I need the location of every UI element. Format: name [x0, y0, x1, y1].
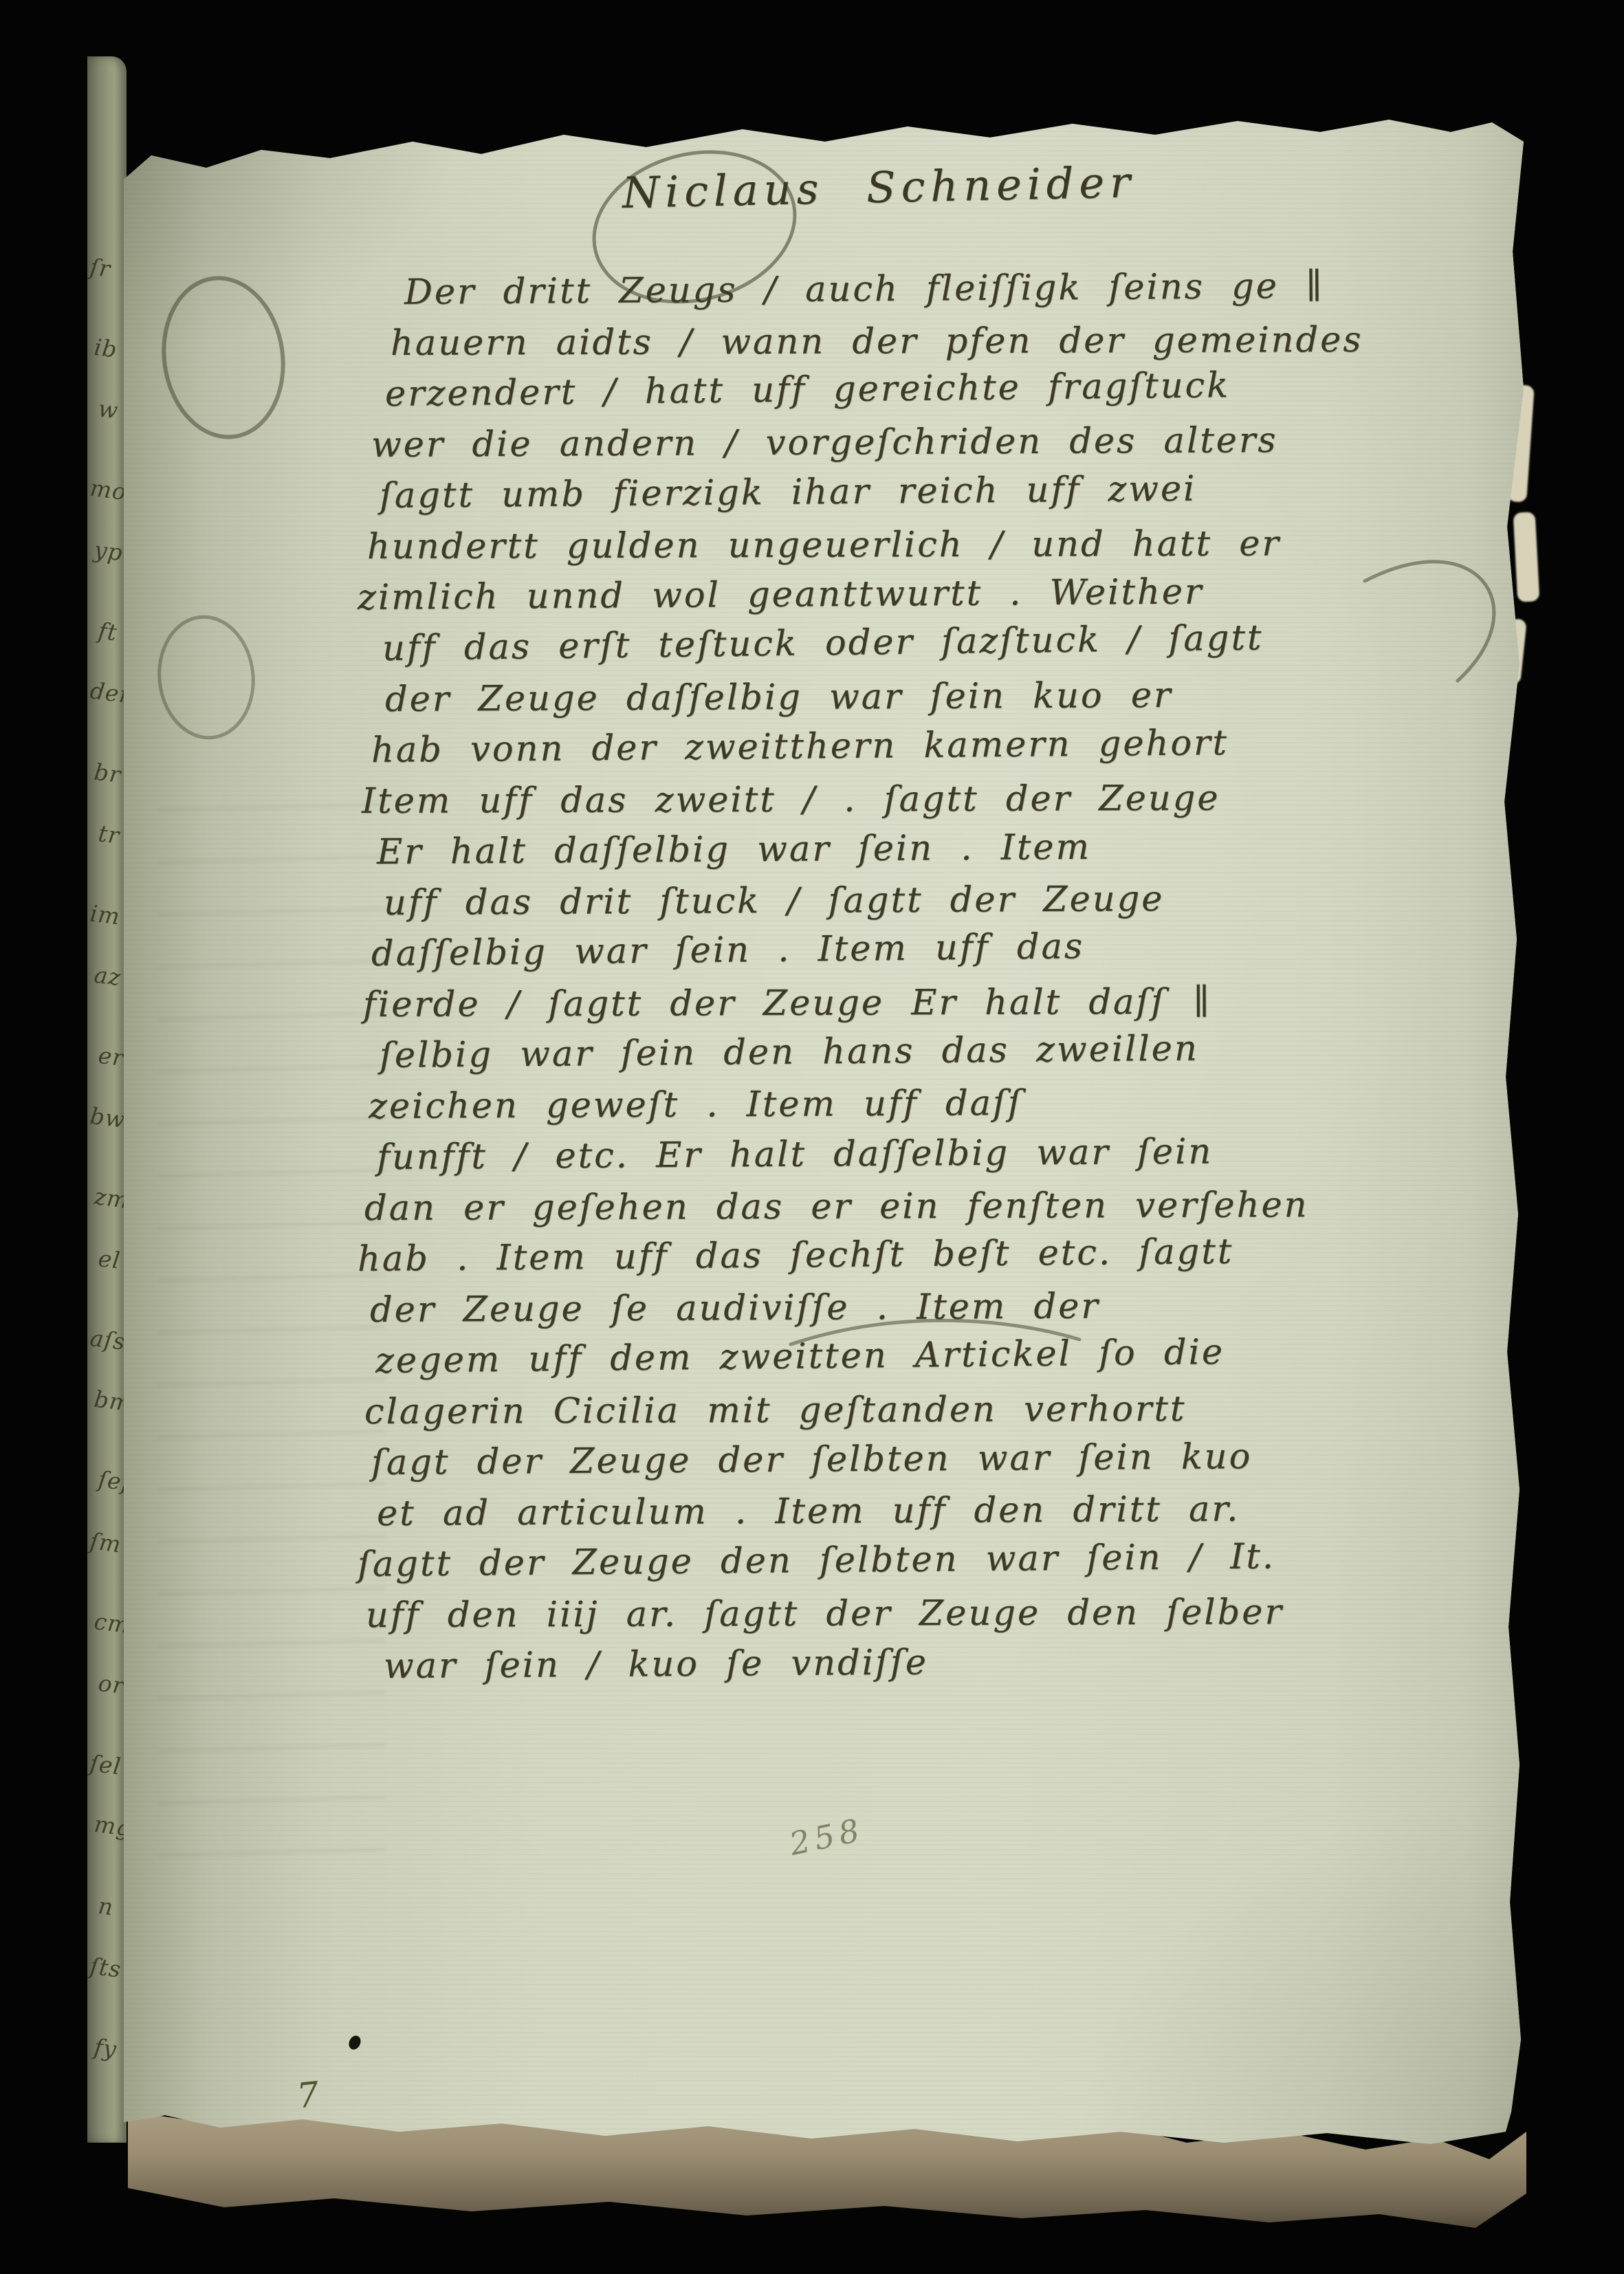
body-line: daſſelbig war ſein . Item uff das — [371, 926, 1085, 974]
page-number: 258 — [787, 1811, 868, 1862]
body-line: uff den iiij ar. ſagtt der Zeuge den ſel… — [366, 1592, 1284, 1636]
body-line: Der dritt Zeugs / auch fleiſſigk ſeins g… — [404, 266, 1324, 313]
folio-mark: 7 — [295, 2074, 321, 2116]
body-line: hab vonn der zweitthern kamern gehort — [371, 723, 1229, 771]
body-line: hundertt gulden ungeuerlich / und hatt e… — [367, 523, 1281, 567]
manuscript-photo: ſribwmoypftderbrtrimazerbwzmelaſsbmſeſtſ… — [0, 0, 1624, 2274]
body-line: erzendert / hatt uff gereichte fragſtuck — [385, 365, 1231, 415]
body-line: ſagt der Zeuge der ſelbten war ſein kuo — [371, 1436, 1253, 1483]
body-line: ſagtt der Zeuge den ſelbten war ſein / I… — [358, 1536, 1275, 1585]
heading-line: Niclaus Schneider — [622, 157, 1136, 218]
body-line: wer die andern / vorgeſchriden des alter… — [371, 420, 1278, 466]
body-line: fierde / ſagtt der Zeuge Er halt daſſ ∥ — [363, 982, 1211, 1025]
body-line: funfft / etc. Er halt daſſelbig war ſein — [377, 1132, 1214, 1178]
body-line: uff das erſt teſtuck oder ſazſtuck / ſag… — [382, 617, 1264, 669]
body-line: der Zeuge ſe audiviſſe . Item der — [370, 1286, 1100, 1331]
body-line: zegem uff dem zweitten Artickel ſo die — [375, 1332, 1225, 1381]
ink-dot — [347, 2034, 362, 2052]
body-line: dan er geſehen das er ein fenſten verſeh… — [364, 1185, 1309, 1229]
body-line: der Zeuge daſſelbig war ſein kuo er — [385, 675, 1173, 720]
body-line: Er halt daſſelbig war ſein . Item — [377, 827, 1091, 873]
body-line: et ad articulum . Item uff den dritt ar. — [377, 1489, 1240, 1534]
body-line: zimlich unnd wol geanttwurtt . Weither — [358, 571, 1204, 618]
body-line: ſagtt umb fierzigk ihar reich uff zwei — [380, 469, 1197, 516]
text-block: Niclaus Schneider Der dritt Zeugs / auch… — [0, 0, 1624, 2274]
body-line: war ſein / kuo ſe vndiſſe — [384, 1642, 928, 1687]
body-line: hauern aidts / wann der pfen der gemeind… — [391, 320, 1363, 364]
body-line: uff das drit ſtuck / ſagtt der Zeuge — [384, 879, 1165, 923]
body-line: ſelbig war ſein den hans das zweillen — [380, 1029, 1199, 1076]
body-line: zeichen geweſt . Item uff daſſ — [369, 1083, 1023, 1127]
body-line: clagerin Cicilia mit geſtanden verhortt — [364, 1389, 1187, 1432]
body-line: hab . Item uff das ſechſt beſt etc. ſagt… — [358, 1232, 1234, 1280]
body-line: Item uff das zweitt / . ſagtt der Zeuge — [362, 778, 1220, 822]
